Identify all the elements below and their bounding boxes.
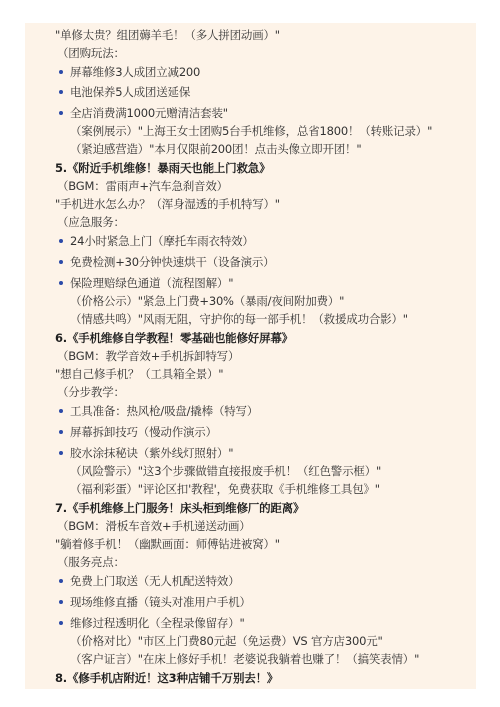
bullet-icon — [59, 260, 63, 264]
bullet-icon — [59, 451, 63, 455]
s7-bgm: （BGM：滑板车音效+手机递送动画） — [57, 518, 251, 534]
s5-label: （应急服务： — [57, 214, 125, 230]
s4-intro: "单修太贵？组团薅羊毛！（多人拼团动画）" — [55, 27, 280, 43]
s5-note: （价格公示）"紧急上门费+30%（暴雨/夜间附加费）" — [70, 293, 344, 309]
s4-note: （案例展示）"上海王女士团购5台手机维修，总省1800！（转账记录）" — [70, 123, 432, 139]
document-card: "单修太贵？组团薅羊毛！（多人拼团动画）" （团购玩法： 屏幕维修3人成团立减2… — [25, 23, 476, 689]
bullet-icon — [59, 111, 63, 115]
bullet-icon — [59, 90, 63, 94]
s4-label: （团购玩法： — [57, 45, 125, 61]
s8-title: 8.《修手机店附近！这3种店铺千万别去！》 — [55, 670, 278, 686]
bullet-icon — [59, 621, 63, 625]
s5-bgm: （BGM：雷雨声+汽车急刹音效） — [57, 178, 228, 194]
s6-title: 6.《手机维修自学教程！零基础也能修好屏幕》 — [55, 330, 293, 346]
s6-note: （福利彩蛋）"评论区扣'教程'，免费获取《手机维修工具包》" — [70, 481, 380, 497]
s5-note: （情感共鸣）"风雨无阻，守护你的每一部手机！（救援成功合影）" — [70, 311, 408, 327]
bullet-icon — [59, 579, 63, 583]
s5-title: 5.《附近手机维修！暴雨天也能上门救急》 — [55, 160, 270, 176]
s4-note: （紧迫感营造）"本月仅限前200团！点击头像立即开团！" — [70, 141, 361, 157]
bullet-icon — [59, 409, 63, 413]
s7-title: 7.《手机维修上门服务！床头柜到维修厂的距离》 — [55, 500, 304, 516]
bullet-icon — [59, 600, 63, 604]
s7-label: （服务亮点： — [57, 554, 125, 570]
s7-note: （客户证言）"在床上修好手机！老婆说我躺着也赚了！（搞笑表情）" — [70, 651, 419, 667]
s7-note: （价格对比）"市区上门费80元起（免运费）VS 官方店300元" — [70, 633, 383, 649]
s6-bgm: （BGM：教学音效+手机拆卸特写） — [57, 348, 239, 364]
bullet-icon — [59, 70, 63, 74]
s6-intro: "想自己修手机？（工具箱全景）" — [55, 366, 223, 382]
s5-intro: "手机进水怎么办？（浑身湿透的手机特写）" — [55, 196, 280, 212]
bullet-icon — [59, 430, 63, 434]
s6-note: （风险警示）"这3个步骤做错直接报废手机！（红色警示框）" — [70, 463, 381, 479]
s6-label: （分步教学： — [57, 384, 125, 400]
bullet-icon — [59, 281, 63, 285]
bullet-icon — [59, 239, 63, 243]
s7-intro: "躺着修手机！（幽默画面：师傅钻进被窝）" — [55, 536, 280, 552]
